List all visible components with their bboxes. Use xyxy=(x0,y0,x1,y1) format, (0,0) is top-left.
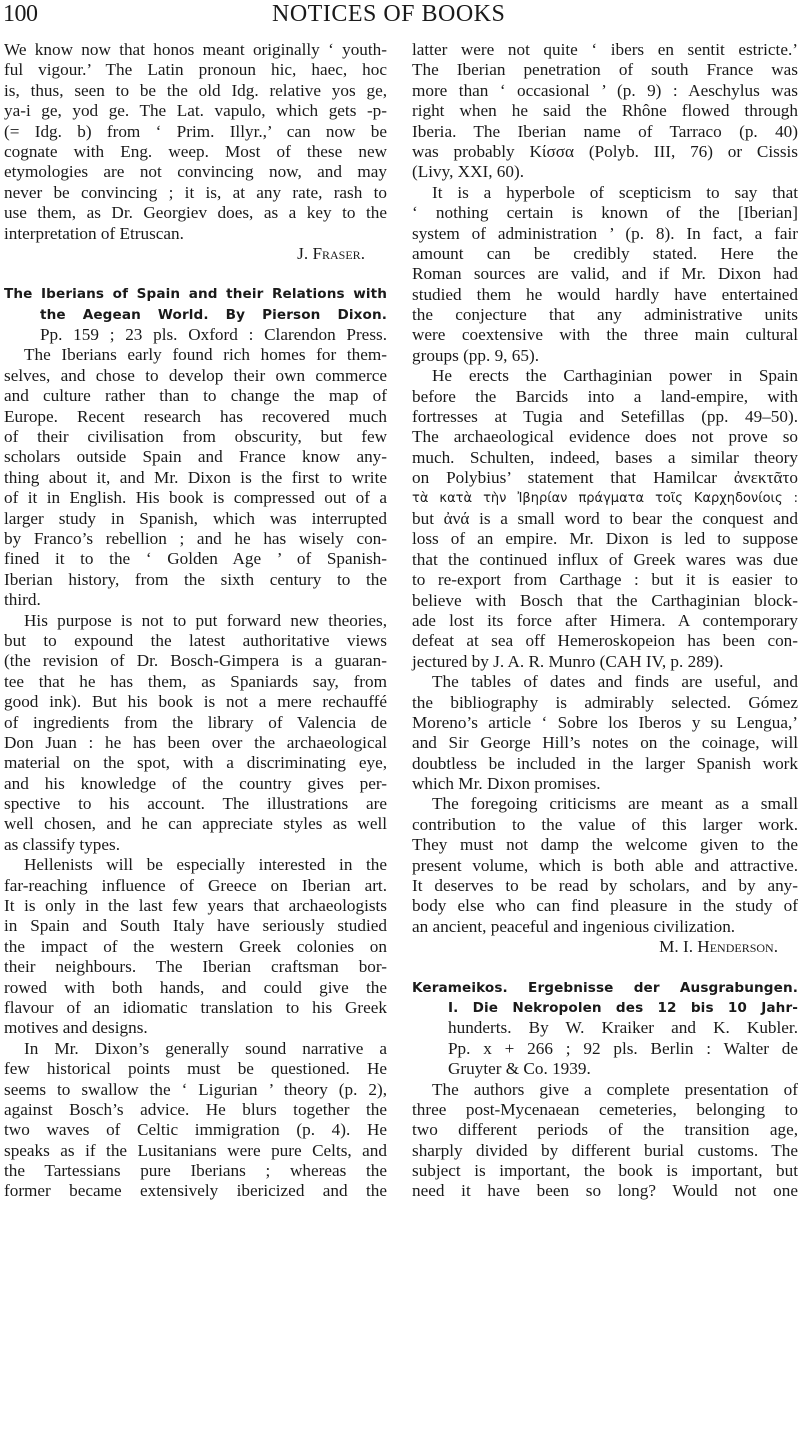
text-line: Hellenists will be especially interested… xyxy=(4,855,387,875)
text-line: two waves of Celtic immigration (p. 4). … xyxy=(4,1120,387,1140)
text-line: etymologies are not convincing now, and … xyxy=(4,162,387,182)
text-line: right when he said the Rhône flowed thro… xyxy=(412,101,798,121)
running-title: NOTICES OF BOOKS xyxy=(272,1,505,28)
text-line: well chosen, and he can appreciate style… xyxy=(4,814,387,834)
text-line: selves, and chose to develop their own c… xyxy=(4,366,387,386)
text-line: In Mr. Dixon’s generally sound narrative… xyxy=(4,1039,387,1059)
text-line: ade lost its force after Himera. A conte… xyxy=(412,611,798,631)
spacer xyxy=(4,264,387,284)
reviewer-signature: M. I. Henderson. xyxy=(412,937,798,957)
right-column: latter were not quite ‘ ibers en sentit … xyxy=(412,40,798,1202)
text-line: motives and designs. xyxy=(4,1018,387,1038)
text-line: groups (pp. 9, 65). xyxy=(412,346,798,366)
text-line: need it have been so long? Would not one xyxy=(412,1181,798,1201)
text-line: their neighbours. The Iberian craftsman … xyxy=(4,957,387,977)
text-line: by Franco’s rebellion ; and he has wisel… xyxy=(4,529,387,549)
text-line: the conjecture that any administrative u… xyxy=(412,305,798,325)
text-line: thing about it, and Mr. Dixon is the fir… xyxy=(4,468,387,488)
text-line: that the continued influx of Greek wares… xyxy=(412,550,798,570)
text-line: and his knowledge of the country gives p… xyxy=(4,774,387,794)
text-line: Roman sources are valid, and if Mr. Dixo… xyxy=(412,264,798,284)
text-line: Europe. Recent research has recovered mu… xyxy=(4,407,387,427)
reviewer-signature: J. Fraser. xyxy=(4,244,387,264)
text-line: contribution to the value of this larger… xyxy=(412,815,798,835)
text-line: fortresses at Tugia and Setefillas (pp. … xyxy=(412,407,798,427)
text-line: believe with Bosch that the Carthaginian… xyxy=(412,591,798,611)
text-line: latter were not quite ‘ ibers en sentit … xyxy=(412,40,798,60)
text-line: The tables of dates and finds are useful… xyxy=(412,672,798,692)
text-line: material on the spot, with a discriminat… xyxy=(4,753,387,773)
text-line: system of administration ’ (p. 8). In fa… xyxy=(412,224,798,244)
review-iberians-continued: latter were not quite ‘ ibers en sentit … xyxy=(412,40,798,958)
text-line: far-reaching influence of Greece on Iber… xyxy=(4,876,387,896)
text-line: interpretation of Etruscan. xyxy=(4,224,387,244)
text-line: on Polybius’ statement that Hamilcar ἀνε… xyxy=(412,468,798,488)
text-line: an ancient, peaceful and ingenious civil… xyxy=(412,917,798,937)
text-line: never be convincing ; it is, at any rate… xyxy=(4,183,387,203)
text-line: and Sir George Hill’s notes on the coina… xyxy=(412,733,798,753)
text-line: spective to his account. The illustratio… xyxy=(4,794,387,814)
book-title-line: I. Die Nekropolen des 12 bis 10 Jahr- xyxy=(412,998,798,1018)
text-line: the bibliography is admirably selected. … xyxy=(412,693,798,713)
text-line: but to expound the latest authoritative … xyxy=(4,631,387,651)
greek-quotation-line: τὰ κατὰ τὴν Ἰβηρίαν πράγματα τοῖς Καρχηδ… xyxy=(412,489,798,509)
text-line: three post-Mycenaean cemeteries, belongi… xyxy=(412,1100,798,1120)
text-line: ful vigour.’ The Latin pronoun hic, haec… xyxy=(4,60,387,80)
text-line: (= Idg. b) from ‘ Prim. Illyr.,’ can now… xyxy=(4,122,387,142)
text-line: cognate with Eng. weep. Most of these ne… xyxy=(4,142,387,162)
text-line: ya-i ge, yod ge. The Lat. vapulo, which … xyxy=(4,101,387,121)
text-line: tee that he has them, as Spaniards say, … xyxy=(4,672,387,692)
text-line: scholars outside Spain and France know a… xyxy=(4,447,387,467)
previous-review-ending: We know now that honos meant originally … xyxy=(4,40,387,264)
text-line: amount can be credibly stated. Here the xyxy=(412,244,798,264)
text-line: present volume, which is both able and a… xyxy=(412,856,798,876)
text-line: the Tartessians pure Iberians ; whereas … xyxy=(4,1161,387,1181)
book-imprint: Pp. 159 ; 23 pls. Oxford : Clarendon Pre… xyxy=(4,325,387,345)
text-line: ‘ nothing certain is known of the [Iberi… xyxy=(412,203,798,223)
text-line: was probably Κίσσα (Polyb. III, 76) or C… xyxy=(412,142,798,162)
text-line: flavour of an idiomatic translation to h… xyxy=(4,998,387,1018)
text-line: but ἀνά is a small word to bear the conq… xyxy=(412,509,798,529)
text-line: jectured by J. A. R. Munro (CAH IV, p. 2… xyxy=(412,652,798,672)
text-line: in Spain and South Italy have seriously … xyxy=(4,916,387,936)
text-line: (Livy, XXI, 60). xyxy=(412,162,798,182)
text-line: seems to swallow the ‘ Ligurian ’ theory… xyxy=(4,1080,387,1100)
text-line: larger study in Spanish, which was inter… xyxy=(4,509,387,529)
book-title-line: The Iberians of Spain and their Relation… xyxy=(4,284,387,304)
text-line: as classify types. xyxy=(4,835,387,855)
text-line: It deserves to be read by scholars, and … xyxy=(412,876,798,896)
text-line: They must not damp the welcome given to … xyxy=(412,835,798,855)
text-line: much. Schulten, indeed, bases a similar … xyxy=(412,448,798,468)
text-line: We know now that honos meant originally … xyxy=(4,40,387,60)
text-line: The Iberians early found rich homes for … xyxy=(4,345,387,365)
text-line: of their civilisation from obscurity, bu… xyxy=(4,427,387,447)
text-line: rowed with both hands, and could give th… xyxy=(4,978,387,998)
text-line: third. xyxy=(4,590,387,610)
page-header: 100 NOTICES OF BOOKS xyxy=(0,0,800,40)
text-line: Moreno’s article ‘ Sobre los Iberos y su… xyxy=(412,713,798,733)
text-line: use them, as Dr. Georgiev does, as a key… xyxy=(4,203,387,223)
text-line: doubtless be included in the larger Span… xyxy=(412,754,798,774)
book-imprint: Pp. x + 266 ; 92 pls. Berlin : Walter de xyxy=(412,1039,798,1059)
text-line: It is only in the last few years that ar… xyxy=(4,896,387,916)
left-column: We know now that honos meant originally … xyxy=(4,40,387,1202)
text-line: good ink). But his book is not a mere re… xyxy=(4,692,387,712)
text-line: The archaeological evidence does not pro… xyxy=(412,427,798,447)
text-line: were coextensive with the three main cul… xyxy=(412,325,798,345)
text-line: of ingredients from the library of Valen… xyxy=(4,713,387,733)
text-line: His purpose is not to put forward new th… xyxy=(4,611,387,631)
text-line: which Mr. Dixon promises. xyxy=(412,774,798,794)
text-line: to re-export from Carthage : but it is e… xyxy=(412,570,798,590)
page-number: 100 xyxy=(3,1,38,28)
text-line: and culture rather than to change the ma… xyxy=(4,386,387,406)
spacer xyxy=(412,958,798,978)
text-line: The Iberian penetration of south France … xyxy=(412,60,798,80)
text-line: of it in English. His book is compressed… xyxy=(4,488,387,508)
text-line: The authors give a complete presentation… xyxy=(412,1080,798,1100)
text-line: Iberian history, from the sixth century … xyxy=(4,570,387,590)
text-line: studied them he would hardly have entert… xyxy=(412,285,798,305)
book-title-line: Kerameikos. Ergebnisse der Ausgrabungen. xyxy=(412,978,798,998)
text-line: speaks as if the Lusitanians were pure C… xyxy=(4,1141,387,1161)
text-line: The foregoing criticisms are meant as a … xyxy=(412,794,798,814)
book-authors: hunderts. By W. Kraiker and K. Kubler. xyxy=(412,1018,798,1038)
text-line: more than ‘ occasional ’ (p. 9) : Aeschy… xyxy=(412,81,798,101)
text-line: body else who can find pleasure in the s… xyxy=(412,896,798,916)
review-kerameikos: Kerameikos. Ergebnisse der Ausgrabungen.… xyxy=(412,978,798,1202)
text-line: is, thus, seen to be the old Idg. relati… xyxy=(4,81,387,101)
text-line: Don Juan : he has been over the archaeol… xyxy=(4,733,387,753)
text-line: loss of an empire. Mr. Dixon is led to s… xyxy=(412,529,798,549)
text-line: sharply divided by different burial cust… xyxy=(412,1141,798,1161)
text-line: fined it to the ‘ Golden Age ’ of Spanis… xyxy=(4,549,387,569)
text-line: against Bosch’s advice. He blurs togethe… xyxy=(4,1100,387,1120)
text-line: It is a hyperbole of scepticism to say t… xyxy=(412,183,798,203)
text-line: few historical points must be questioned… xyxy=(4,1059,387,1079)
text-line: subject is important, the book is import… xyxy=(412,1161,798,1181)
text-line: the impact of the western Greek colonies… xyxy=(4,937,387,957)
book-title-line: the Aegean World. By Pierson Dixon. xyxy=(4,305,387,325)
text-line: two different periods of the transition … xyxy=(412,1120,798,1140)
text-line: He erects the Carthaginian power in Spai… xyxy=(412,366,798,386)
text-line: defeat at sea off Hemeroskopeion has bee… xyxy=(412,631,798,651)
text-line: before the Barcids into a land-empire, w… xyxy=(412,387,798,407)
text-line: (the revision of Dr. Bosch-Gimpera is a … xyxy=(4,651,387,671)
text-line: former became extensively ibericized and… xyxy=(4,1181,387,1201)
text-line: Iberia. The Iberian name of Tarraco (p. … xyxy=(412,122,798,142)
review-iberians: The Iberians of Spain and their Relation… xyxy=(4,284,387,1202)
book-imprint: Gruyter & Co. 1939. xyxy=(412,1059,798,1079)
